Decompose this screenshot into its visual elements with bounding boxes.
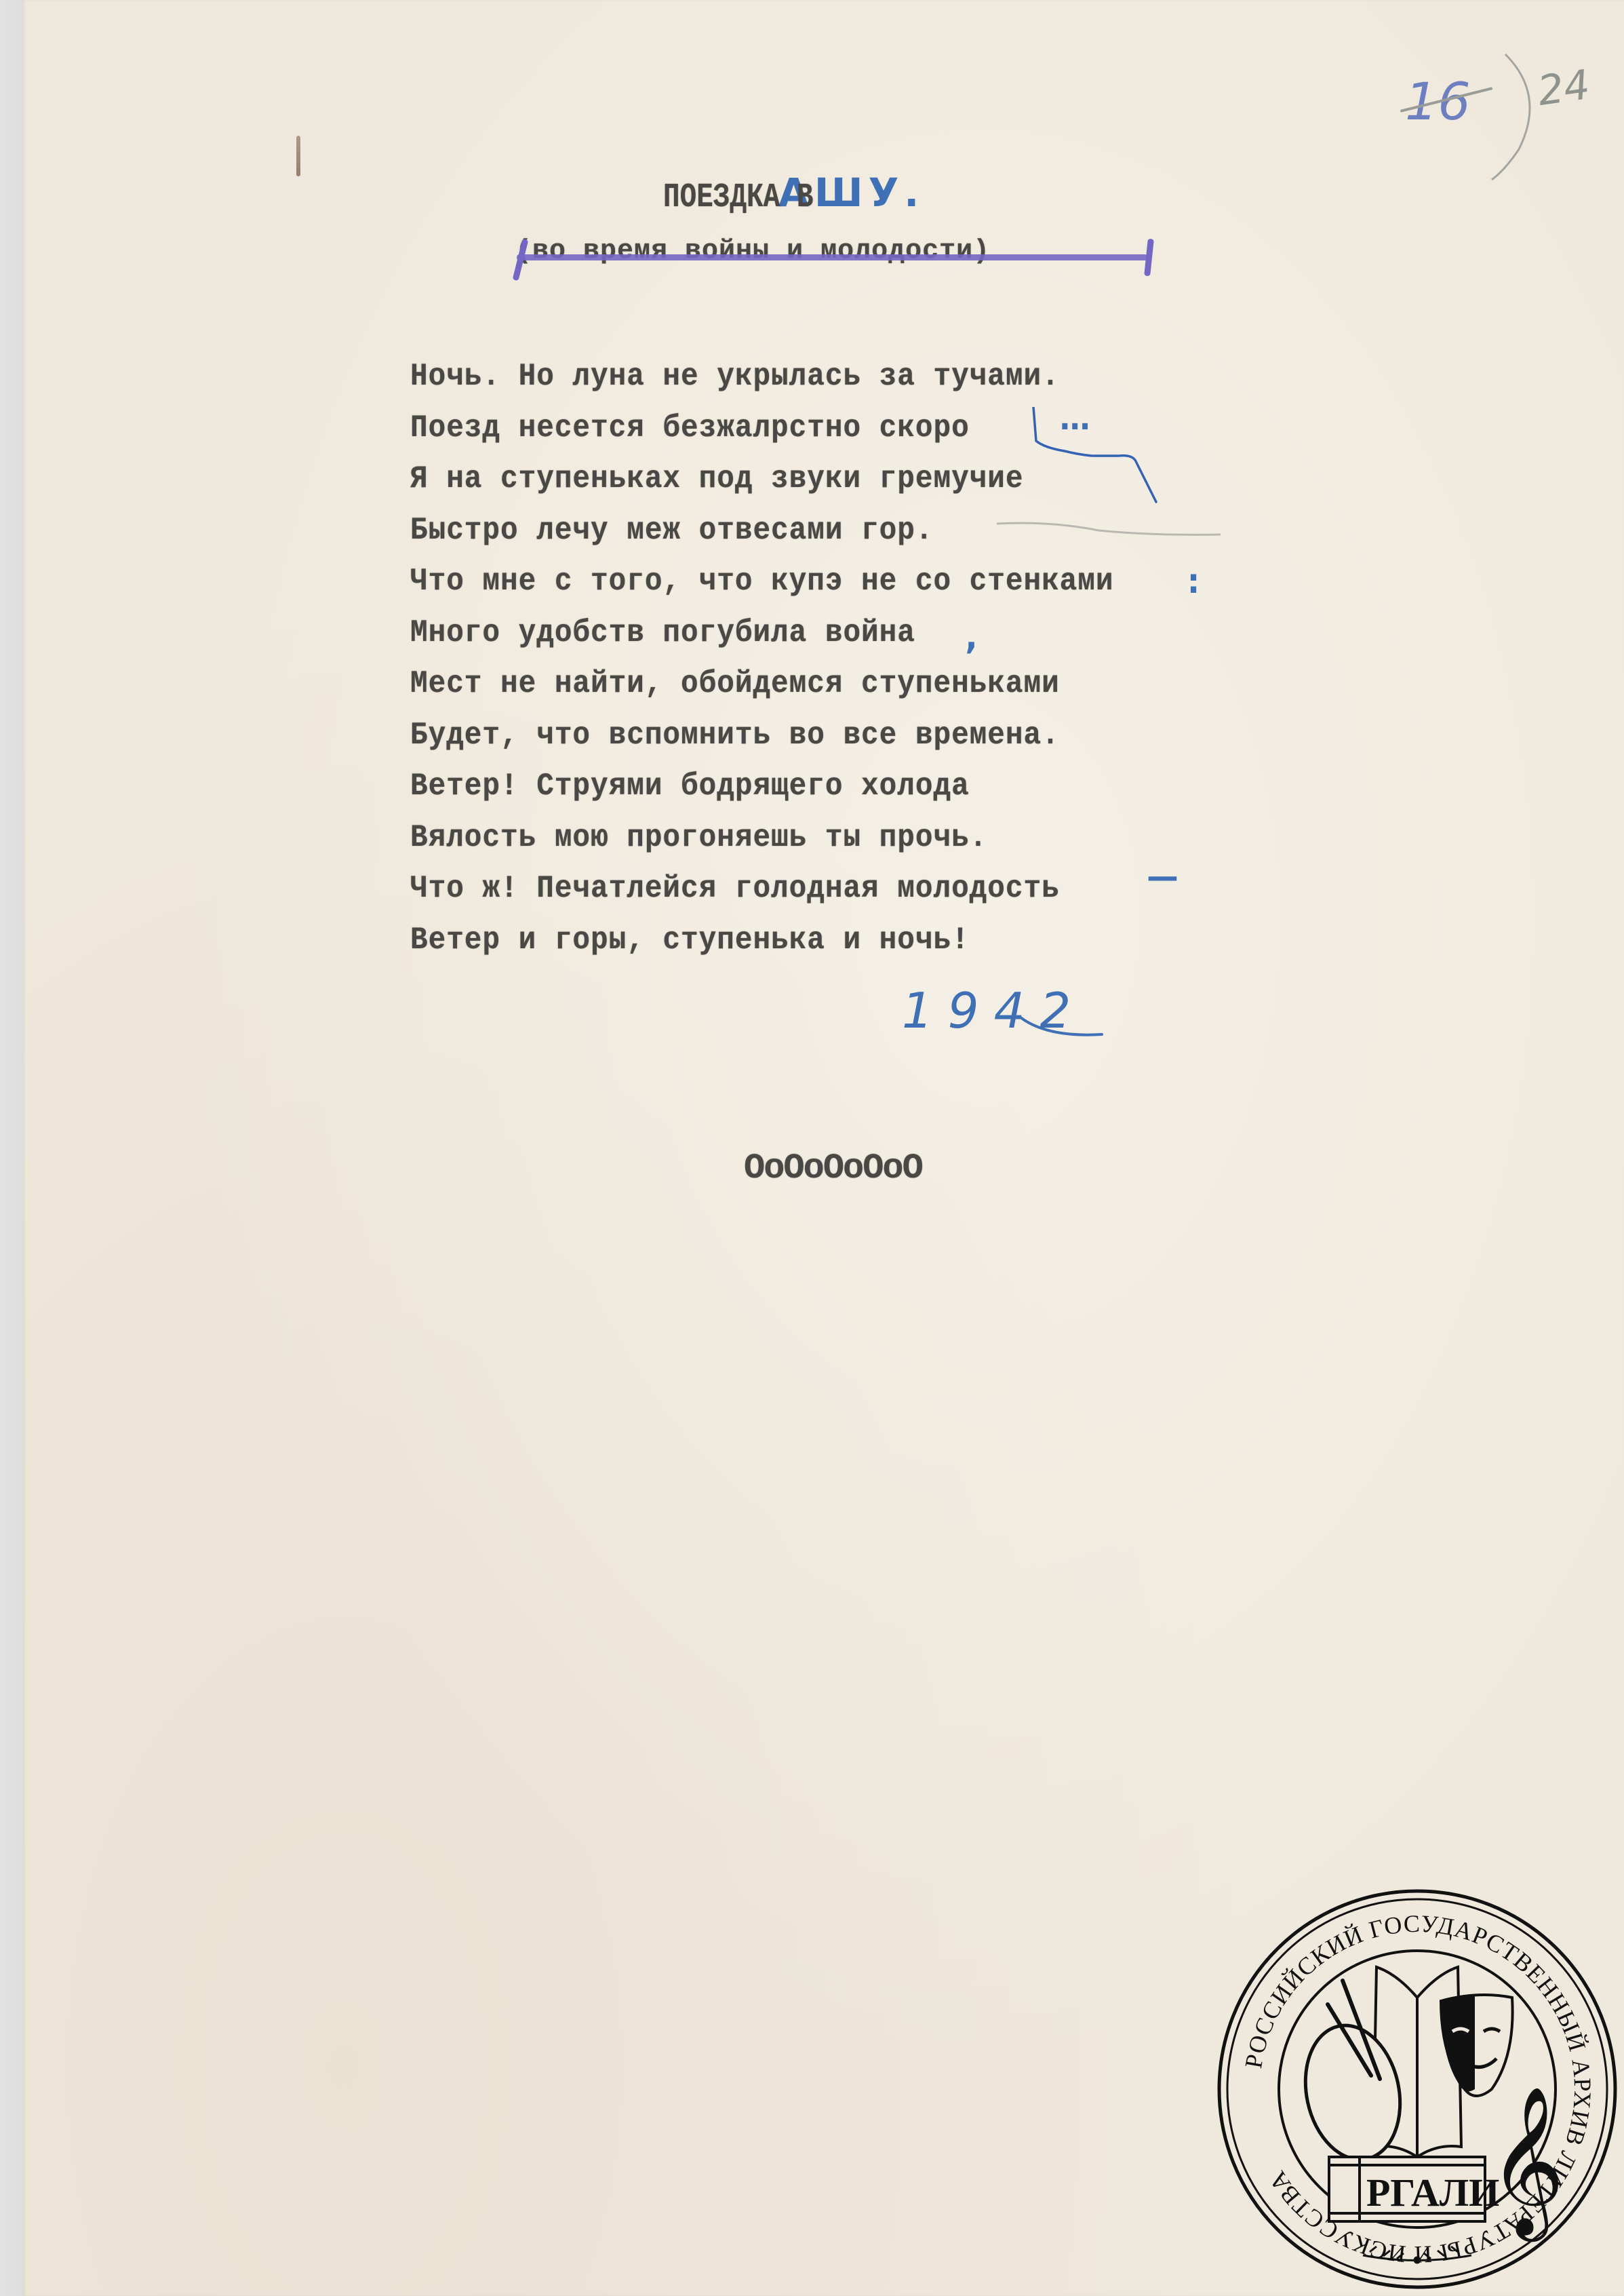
poem-line-text: Ночь. Но луна не укрылась за тучами. xyxy=(410,359,1060,394)
poem-line-text: Вялость мою прогоняешь ты прочь. xyxy=(410,820,987,855)
poem-line: Мест не найти, обойдемся ступеньками xyxy=(410,659,1113,710)
poem-line-text: Мест не найти, обойдемся ступеньками xyxy=(410,666,1060,701)
margin-ink-mark xyxy=(296,136,300,176)
poem-line: Что мне с того, что купэ не со стенками: xyxy=(410,556,1113,608)
subtitle-struck: (во время войны и молодости) xyxy=(515,236,990,267)
scanner-edge xyxy=(0,0,23,2296)
poem-line: Что ж! Печатлейся голодная молодость— xyxy=(410,863,1113,915)
annotation-colon: : xyxy=(1187,556,1201,608)
poem-line-text: Я на ступеньках под звуки гремучие xyxy=(410,461,1023,497)
title-typed: ПОЕЗДКА В xyxy=(663,178,813,217)
poem-line: Будет, что вспомнить во все времена. xyxy=(410,710,1113,762)
poem-line-text: Поезд несется безжалрстно скоро xyxy=(410,410,970,446)
poem-line-text: Что мне с того, что купэ не со стенками xyxy=(410,564,1113,599)
poem-line-text: Будет, что вспомнить во все времена. xyxy=(410,718,1060,753)
archive-stamp: РОССИЙСКИЙ ГОСУДАРСТВЕННЫЙ АРХИВ ЛИТЕРАТ… xyxy=(1214,1886,1621,2293)
folio-number-old: 24 xyxy=(1535,61,1593,115)
correction-squiggle xyxy=(1017,407,1207,515)
poem-line-text: Ветер! Струями бодрящего холода xyxy=(410,768,970,804)
annotation-comma: , xyxy=(965,612,978,663)
poem-line-text: Что ж! Печатлейся голодная молодость xyxy=(410,871,1060,906)
poem-title: ПОЕЗДКА В АШУ. xyxy=(663,170,924,217)
poem-line: Я на ступеньках под звуки гремучие xyxy=(410,454,1113,505)
poem-line: Вялость мою прогоняешь ты прочь. xyxy=(410,813,1113,864)
poem-line: Ветер и горы, ступенька и ночь! xyxy=(410,915,1113,967)
year-flourish xyxy=(1021,1004,1109,1045)
poem-line: Ночь. Но луна не укрылась за тучами. xyxy=(410,351,1113,403)
poem-line: Поезд несется безжалрстно скоро… xyxy=(410,403,1113,454)
stamp-center-text: РГАЛИ xyxy=(1366,2171,1499,2215)
treble-clef-icon: 𝄞 xyxy=(1488,2085,1564,2242)
annotation-dash: — xyxy=(1147,851,1179,903)
poem-line-text: Много удобств погубила война xyxy=(410,615,915,650)
pencil-underline xyxy=(997,515,1221,543)
poem-line-text: Ветер и горы, ступенька и ночь! xyxy=(410,922,970,958)
poem-line-text: Быстро лечу меж отвесами гор. xyxy=(410,513,933,548)
poem-line: Много удобств погубила война, xyxy=(410,608,1113,659)
strike-through-line xyxy=(517,254,1147,260)
poem-line: Ветер! Струями бодрящего холода xyxy=(410,761,1113,813)
end-ornament: OoOoOoOoO xyxy=(744,1148,922,1188)
